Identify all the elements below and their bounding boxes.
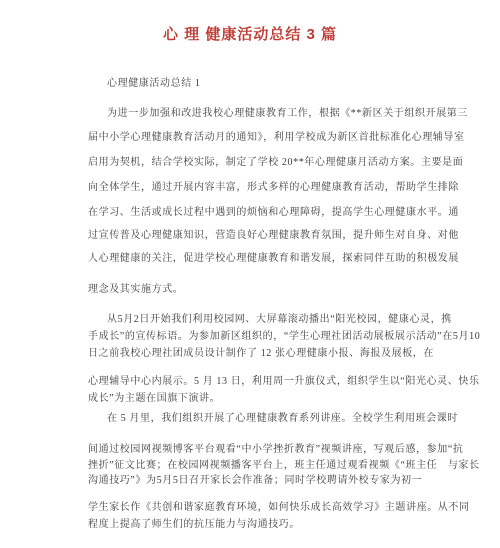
- doc-line: 挫折”征文比赛；在校园网视频播客平台上，班主任通过观看视频《“班主任 与家长: [88, 460, 433, 472]
- doc-line: 向全体学生，通过开展内容丰富，形式多样的心理健康教育活动，帮助学生排除: [88, 182, 433, 194]
- doc-line: 学生家长作《共创和谐家庭教育环境，如何快乐成长高效学习》主题讲座。从不同: [88, 502, 433, 514]
- doc-line: 过宣传普及心理健康知识，营造良好心理健康教育氛围，提升师生对自身、对他: [88, 230, 433, 242]
- doc-subtitle: 心理健康活动总结 1: [88, 78, 433, 90]
- doc-line: 心理辅导中心内展示。5 月 13 日，利用周一升旗仪式，组织学生以“阳光心灵、快…: [88, 376, 433, 388]
- doc-line: 程度上提高了师生们的抗压能力与沟通技巧。: [88, 519, 433, 531]
- doc-line: 在 5 月里，我们组织开展了心理健康教育系列讲座。全校学生利用班会课时: [88, 413, 433, 425]
- page-title: 心 理 健康活动总结 3 篇: [0, 0, 500, 45]
- document-page: 心 理 健康活动总结 3 篇 心理健康活动总结 1 为进一步加强和改进我校心理健…: [0, 0, 500, 548]
- doc-line: 启用为契机，结合学校实际，制定了学校 20**年心理健康月活动方案。主要是面: [88, 157, 433, 169]
- doc-line: 手成长”的宣传标语。为参加新区组织的，“学生心理社团活动展板展示活动”在5月10: [88, 331, 433, 343]
- doc-line: 成长”为主题在国旗下演讲。: [88, 393, 433, 405]
- doc-line: 从5月2日开始我们利用校园网、大屏幕滚动播出“阳光校园，健康心灵，携: [88, 314, 433, 326]
- doc-line: 间通过校园网视频博客平台观看“中小学挫折教育”视频讲座，写观后感，参加“抗: [88, 444, 433, 456]
- doc-line: 人心理健康的关注，促进学校心理健康教育和谐发展，探索同伴互助的积极发展: [88, 253, 433, 265]
- doc-line: 日之前我校心理社团成员设计制作了 12 张心理健康小报、海报及展板，在: [88, 348, 433, 360]
- doc-line: 在学习、生活或成长过程中遇到的烦恼和心理障碍，提高学生心理健康水平。通: [88, 207, 433, 219]
- doc-line: 沟通技巧”》为5月5日召开家长会作准备；同时学校聘请外校专家为初一: [88, 475, 433, 487]
- doc-line: 届中小学心理健康教育活动月的通知》，利用学校成为新区首批标准化心理辅导室: [88, 132, 433, 144]
- document-body: 心理健康活动总结 1 为进一步加强和改进我校心理健康教育工作，根据《**新区关于…: [88, 78, 433, 531]
- doc-line: 为进一步加强和改进我校心理健康教育工作，根据《**新区关于组织开展第三: [88, 108, 433, 120]
- doc-line: 理念及其实施方式。: [88, 284, 433, 296]
